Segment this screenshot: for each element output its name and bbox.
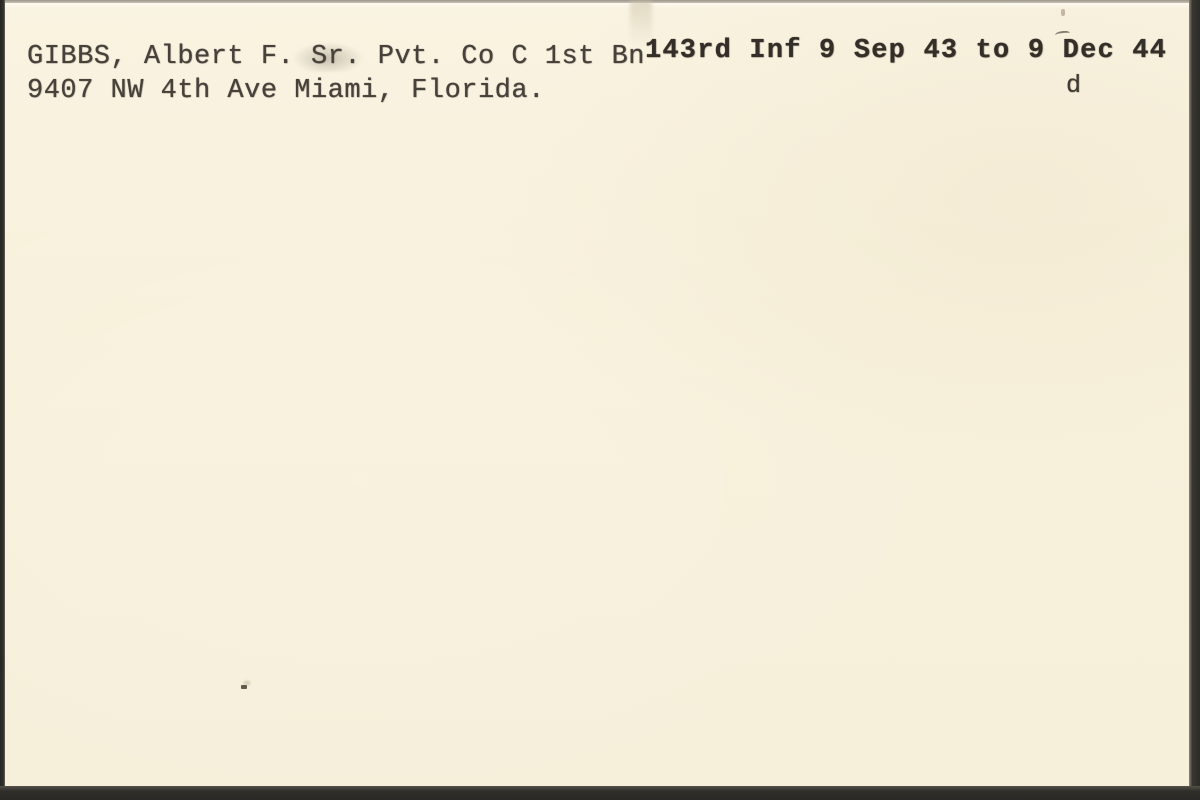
card-line1-regiment-dates: 143rd Inf 9 Sep 43 to 9 Dec 44 bbox=[645, 38, 1167, 65]
paper-speck bbox=[241, 685, 247, 689]
stray-typed-character: d bbox=[1066, 72, 1082, 99]
scan-edge-bottom bbox=[0, 786, 1200, 800]
scan-edge-left bbox=[0, 0, 5, 800]
card-paper-surface bbox=[0, 0, 1200, 800]
scan-edge-right bbox=[1189, 0, 1200, 800]
card-line2-address: 9407 NW 4th Ave Miami, Florida. bbox=[27, 78, 545, 105]
scan-edge-top-highlight bbox=[0, 3, 1200, 8]
top-edge-speck bbox=[1061, 9, 1065, 16]
scanned-index-card: GIBBS, Albert F. Sr. Pvt. Co C 1st Bn 14… bbox=[0, 0, 1200, 800]
card-line1-name-unit: GIBBS, Albert F. Sr. Pvt. Co C 1st Bn bbox=[27, 44, 645, 71]
